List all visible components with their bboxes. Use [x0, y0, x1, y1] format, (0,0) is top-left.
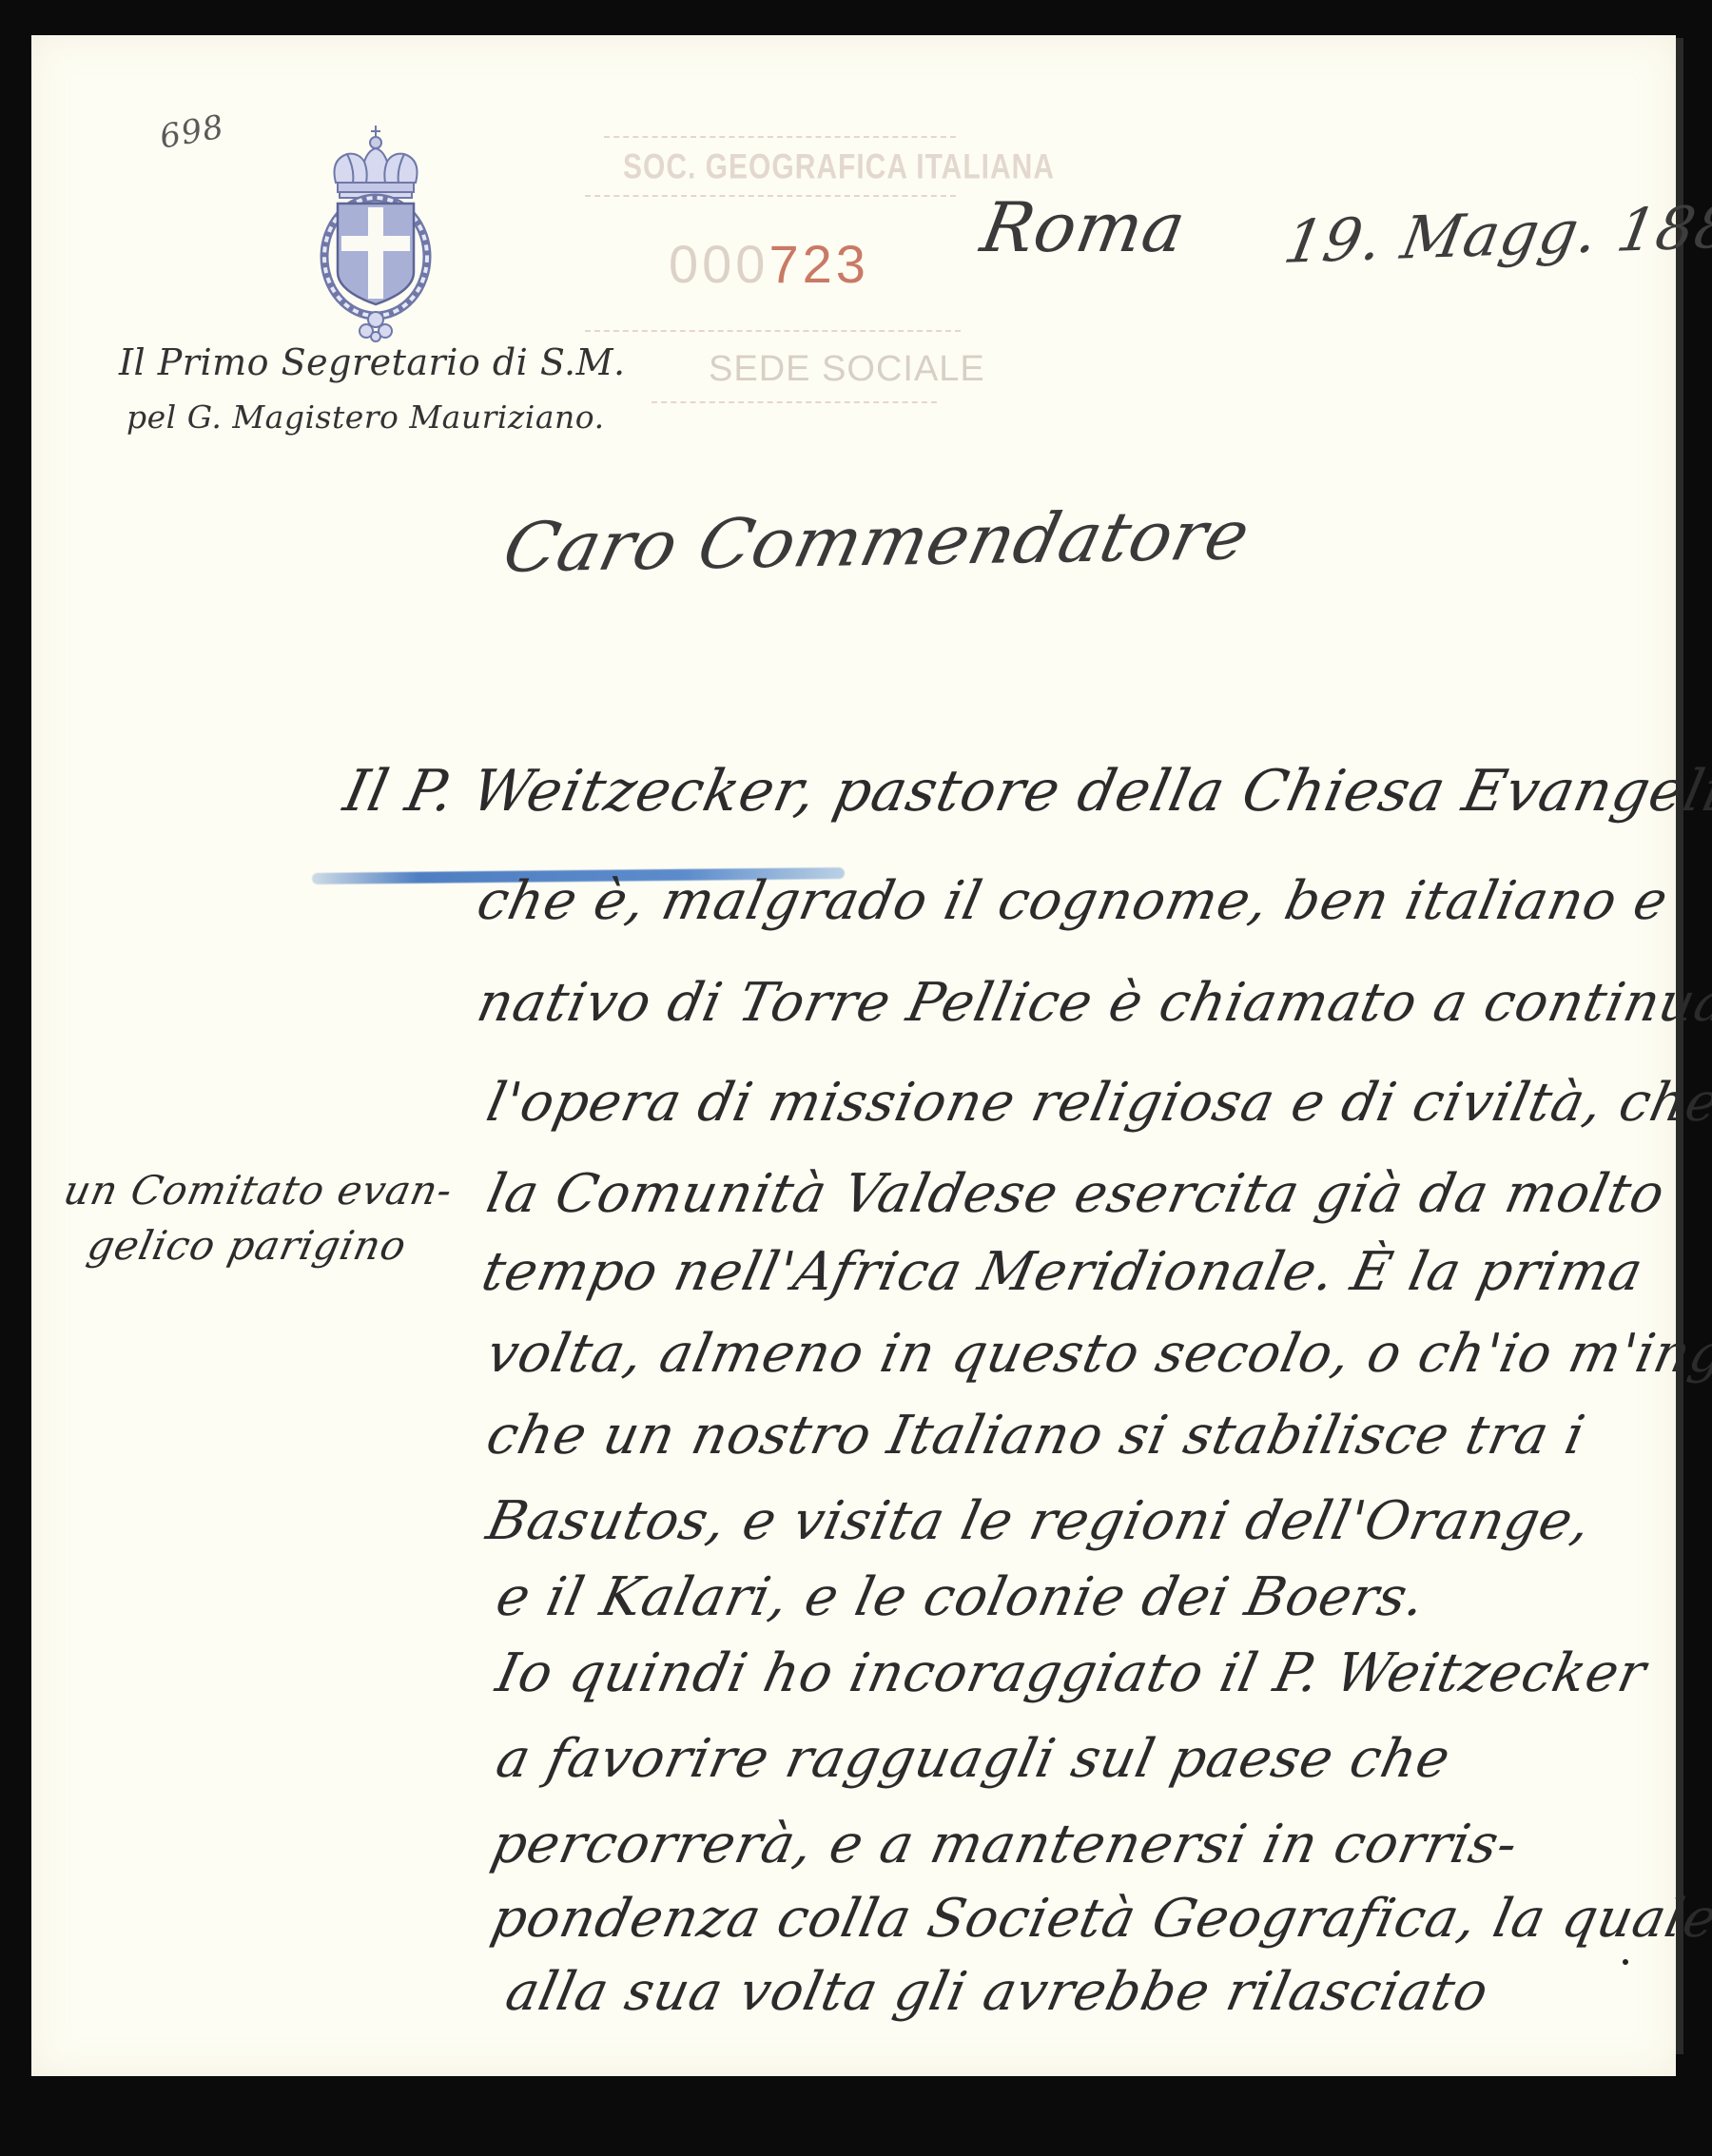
body-line-2: che è, malgrado il cognome, ben italiano…: [472, 870, 1673, 932]
stamp-seat-label: SEDE SOCIALE: [709, 349, 985, 390]
body-line-8: che un nostro Italiano si stabilisce tra…: [481, 1405, 1590, 1466]
body-line-13: percorrerà, e a mantenersi in corris-: [486, 1814, 1524, 1875]
body-line-6: tempo nell'Africa Meridionale. È la prim…: [477, 1241, 1648, 1303]
letter-place: Roma: [976, 187, 1193, 267]
body-line-9: Basutos, e visita le regioni dell'Orange…: [481, 1490, 1597, 1552]
body-line-1: Il P. Weitzecker, pastore della Chiesa E…: [339, 758, 1712, 825]
archive-number: 698: [157, 107, 227, 156]
margin-note-line-1: un Comitato evan-: [60, 1167, 457, 1214]
ink-speck: [1623, 1959, 1628, 1965]
margin-note-line-2: gelico parigino: [84, 1222, 411, 1269]
body-line-15: alla sua volta gli avrebbe rilasciato: [500, 1961, 1494, 2023]
body-line-14: pondenza colla Società Geografica, la qu…: [486, 1888, 1712, 1950]
letter-page: 698 Il Primo Segretario di S.M. pel G. M…: [31, 35, 1676, 2076]
body-line-4: l'opera di missione religiosa e di civil…: [481, 1072, 1712, 1134]
society-stamp: SOC. GEOGRAFICA ITALIANA 000723 SEDE SOC…: [585, 130, 965, 406]
stamp-society-name: SOC. GEOGRAFICA ITALIANA: [623, 147, 1055, 188]
body-line-7: volta, almeno in questo secolo, o ch'io …: [481, 1323, 1712, 1385]
body-line-10: e il Kalari, e le colonie dei Boers.: [491, 1566, 1431, 1628]
letter-date: 19. Magg. 1883: [1279, 190, 1712, 277]
body-line-5: la Comunità Valdese esercita già da molt…: [481, 1163, 1670, 1225]
letterhead-title: Il Primo Segretario di S.M.: [119, 341, 626, 383]
body-line-3: nativo di Torre Pellice è chiamato a con…: [472, 972, 1712, 1034]
stamp-number: 000723: [669, 233, 869, 295]
salutation: Caro Commendatore: [496, 495, 1258, 588]
body-line-11: Io quindi ho incoraggiato il P. Weitzeck…: [491, 1642, 1652, 1704]
letterhead-subtitle: pel G. Magistero Mauriziano.: [126, 398, 605, 436]
body-line-12: a favorire ragguagli sul paese che: [491, 1728, 1456, 1790]
savoy-crest-icon: [309, 124, 442, 342]
